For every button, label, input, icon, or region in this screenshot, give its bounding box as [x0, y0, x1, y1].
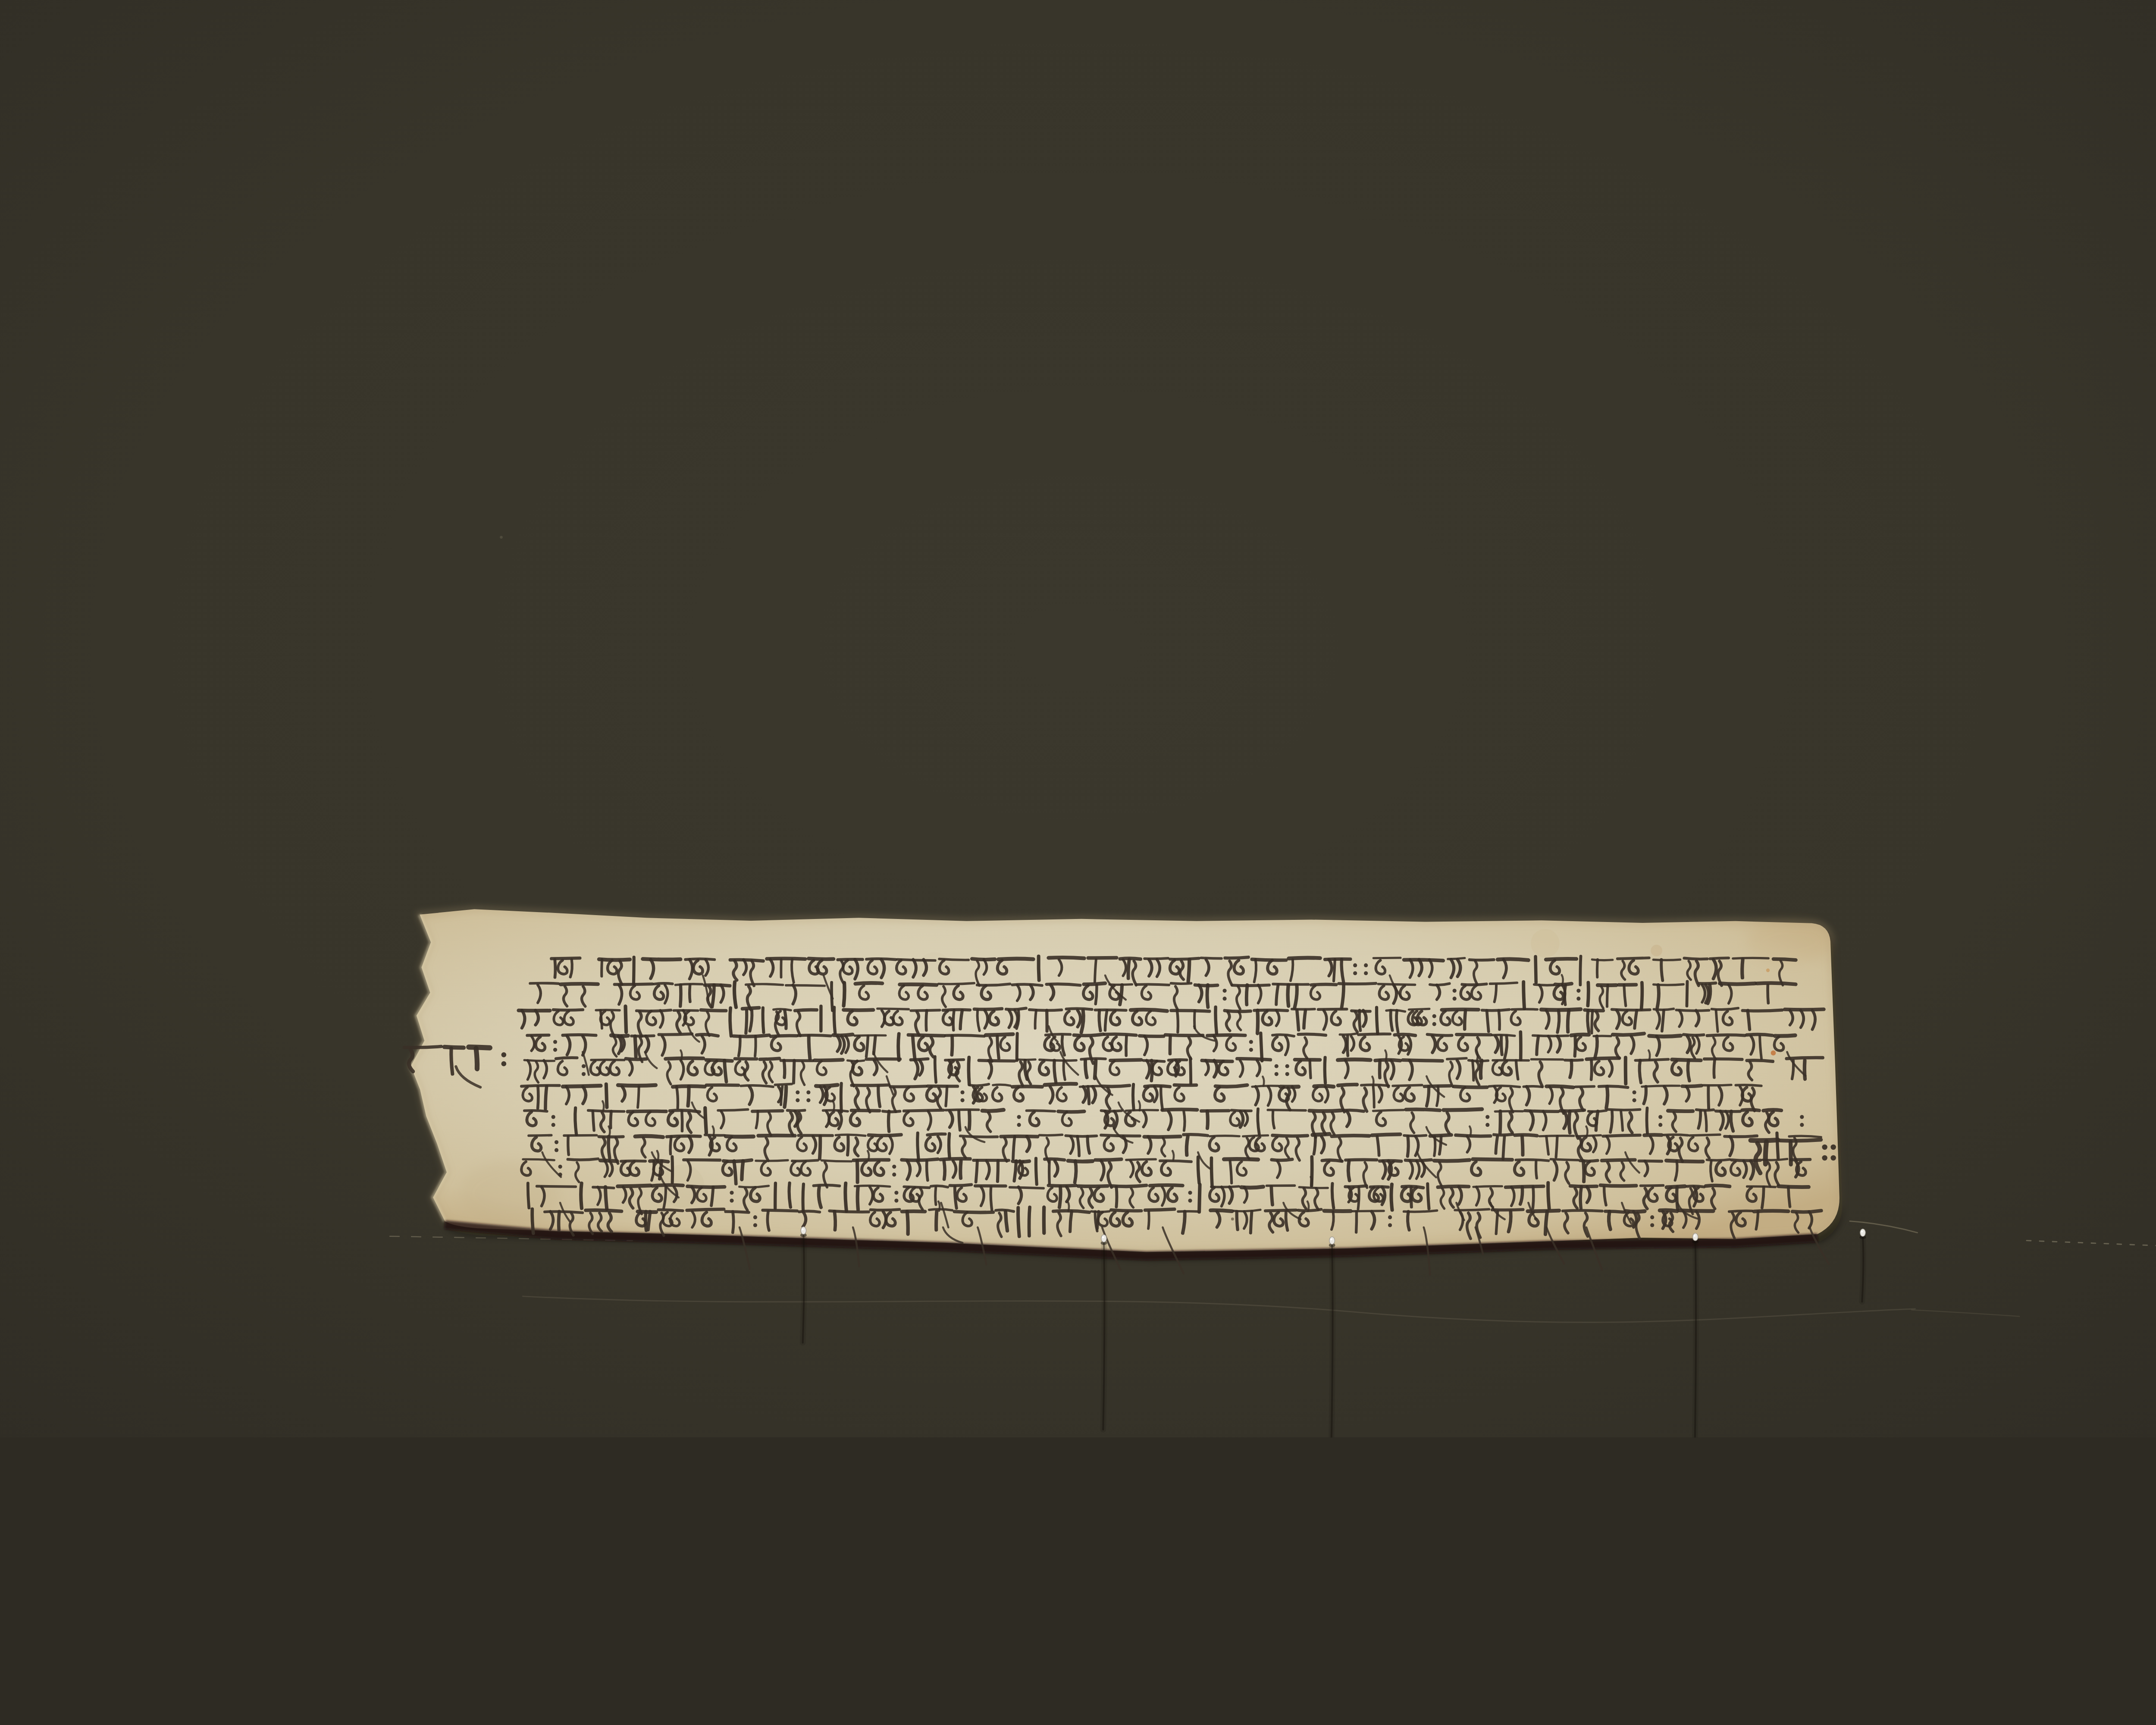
pin [1101, 1235, 1107, 1430]
pin-highlight [1694, 1235, 1695, 1237]
pin [1692, 1233, 1698, 1438]
pin-head [801, 1227, 806, 1235]
pin [1329, 1237, 1335, 1437]
pin [1860, 1229, 1866, 1302]
pin [800, 1227, 807, 1343]
pin-highlight [802, 1229, 803, 1230]
photo-stage: শ্রীভারত: হূনভ্রাতরত্রবচ। গজাগজানতিক্রম … [0, 0, 2156, 1437]
manuscript-photo [0, 0, 2156, 1437]
pin-head [1692, 1233, 1698, 1241]
pin-head [1101, 1235, 1107, 1242]
pin-head [1329, 1237, 1335, 1245]
pin-head [1860, 1229, 1866, 1237]
pin-highlight [1330, 1239, 1332, 1240]
pin-highlight [1102, 1236, 1104, 1238]
pin-highlight [1861, 1231, 1863, 1233]
